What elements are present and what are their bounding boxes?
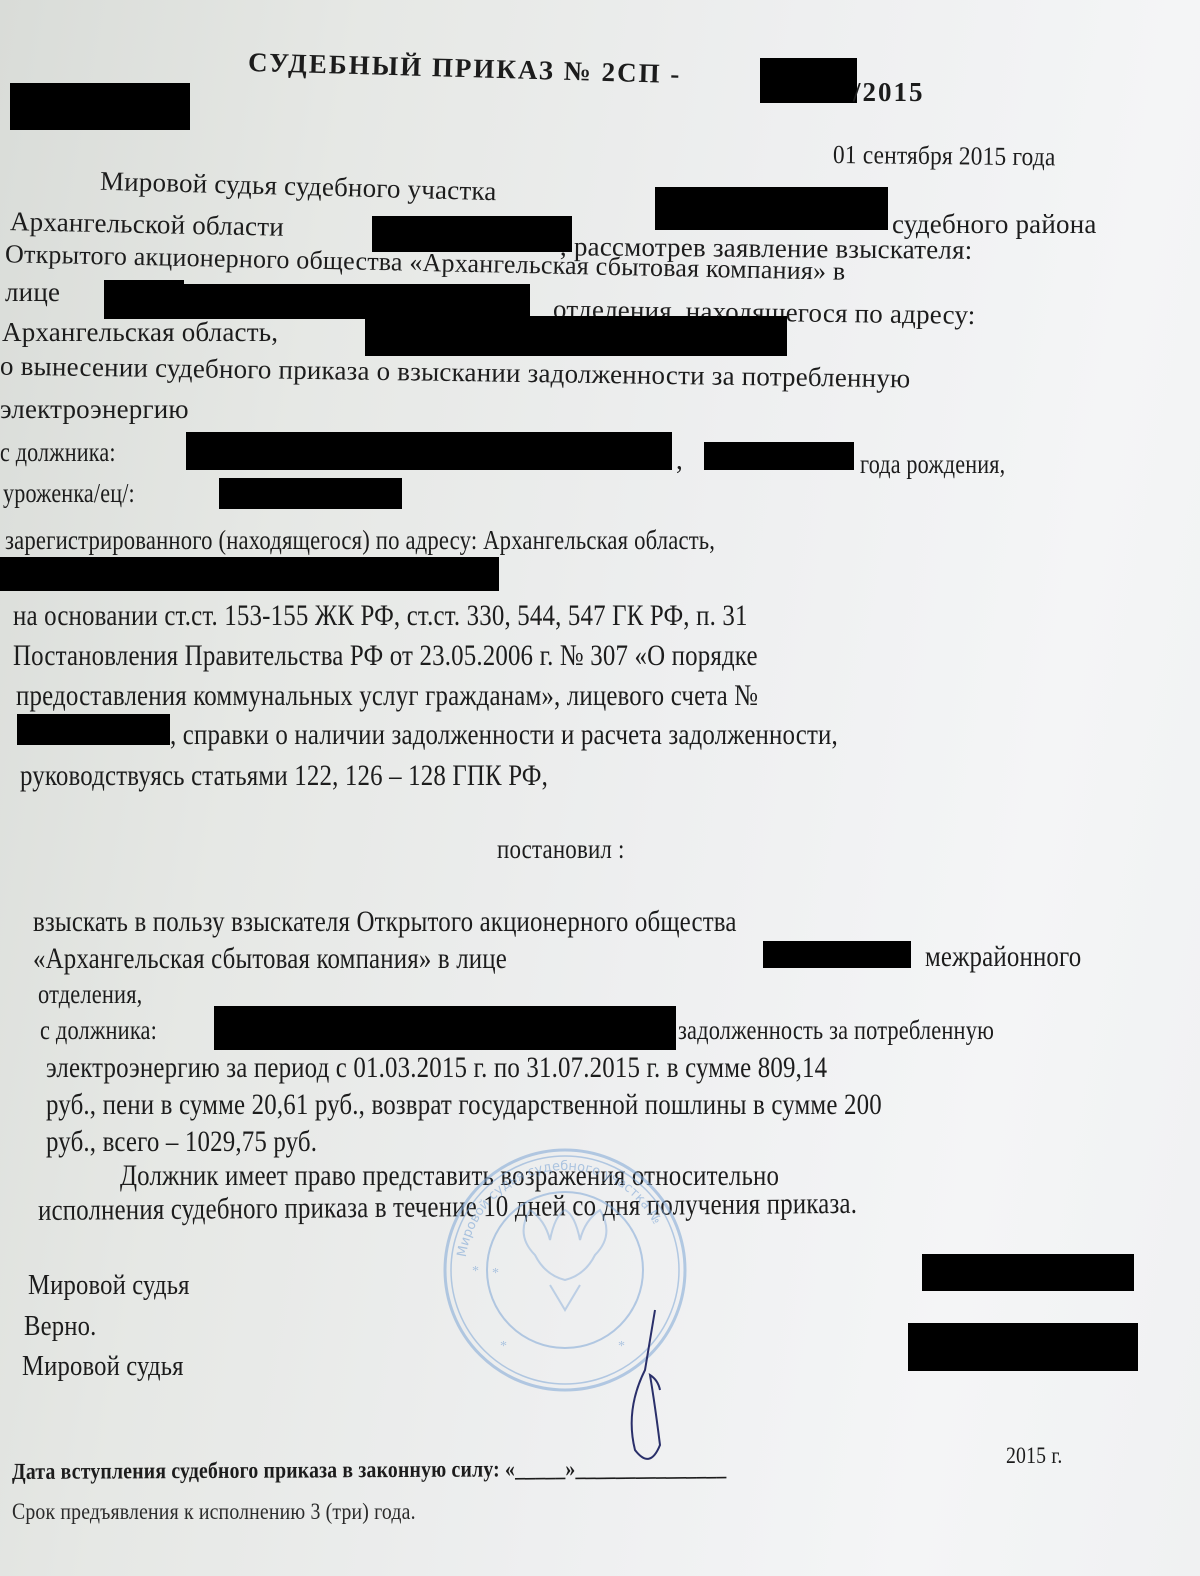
redaction-block bbox=[365, 316, 787, 356]
effective-date-year: 2015 г. bbox=[1006, 1440, 1063, 1472]
basis-line-5: руководствуясь статьями 122, 126 – 128 Г… bbox=[20, 760, 548, 792]
basis-line-1: на основании ст.ст. 153-155 ЖК РФ, ст.ст… bbox=[13, 600, 748, 632]
judge-name-redaction bbox=[922, 1254, 1134, 1291]
redaction-block bbox=[104, 280, 184, 290]
court-order-page: СУДЕБНЫЙ ПРИКАЗ № 2СП - /2015 01 сентябр… bbox=[0, 0, 1200, 1576]
basis-line-3: предоставления коммунальных услуг гражда… bbox=[16, 680, 758, 712]
address-redaction bbox=[0, 557, 499, 591]
ruling-line-2b: межрайонного bbox=[925, 941, 1081, 973]
ruling-line-3: отделения, bbox=[38, 978, 142, 1010]
ruling-line-1: взыскать в пользу взыскателя Открытого а… bbox=[33, 906, 737, 938]
ruling-line-7: руб., всего – 1029,75 руб. bbox=[46, 1126, 317, 1158]
branch-redaction bbox=[763, 941, 911, 968]
intro-line-4a: лице bbox=[5, 276, 60, 308]
document-title: СУДЕБНЫЙ ПРИКАЗ № 2СП - bbox=[248, 46, 682, 90]
intro-line-5: Архангельская область, bbox=[2, 316, 278, 348]
svg-text:*: * bbox=[472, 1264, 479, 1279]
case-number-redaction bbox=[760, 58, 857, 103]
debtor-line-1b: , bbox=[676, 444, 683, 476]
signature-label-1: Мировой судья bbox=[28, 1269, 190, 1301]
eagle-emblem-icon bbox=[524, 1210, 607, 1310]
document-date: 01 сентября 2015 года bbox=[833, 139, 1056, 173]
debtor-line-3: зарегистрированного (находящегося) по ад… bbox=[5, 524, 715, 556]
debtor-line-2: уроженка/ец/: bbox=[3, 477, 135, 509]
redaction-block bbox=[655, 187, 888, 230]
debtor-line-1c: года рождения, bbox=[860, 448, 1005, 480]
judge-name-redaction bbox=[908, 1323, 1138, 1371]
svg-text:*: * bbox=[500, 1339, 507, 1354]
ruling-line-4b: задолженность за потребленную bbox=[678, 1014, 994, 1046]
enforcement-term: Срок предъявления к исполнению 3 (три) г… bbox=[12, 1496, 416, 1528]
basis-line-2: Постановления Правительства РФ от 23.05.… bbox=[13, 640, 758, 672]
signature-label-2: Верно. bbox=[24, 1310, 96, 1342]
birth-date-redaction bbox=[704, 442, 854, 470]
title-prefix: СУДЕБНЫЙ ПРИКАЗ № 2СП - bbox=[248, 47, 682, 89]
intro-line-7: электроэнергию bbox=[0, 393, 189, 425]
debtor-line-1a: с должника: bbox=[0, 436, 116, 468]
ruling-line-5: электроэнергию за период с 01.03.2015 г.… bbox=[46, 1052, 827, 1084]
intro-line-1a: Мировой судья судебного участка bbox=[100, 165, 497, 207]
signature-label-3: Мировой судья bbox=[22, 1350, 184, 1382]
debtor-name-redaction bbox=[186, 432, 672, 470]
birthplace-redaction bbox=[219, 478, 402, 509]
ruling-line-4a: с должника: bbox=[40, 1014, 157, 1046]
intro-line-6: о вынесении судебного приказа о взыскани… bbox=[0, 350, 911, 395]
basis-line-4: , справки о наличии задолженности и расч… bbox=[170, 719, 838, 751]
account-number-redaction bbox=[17, 714, 170, 745]
svg-text:Мировой судья судебного участк: Мировой судья судебного участка № bbox=[455, 1159, 664, 1258]
title-suffix: /2015 bbox=[853, 76, 925, 108]
svg-text:*: * bbox=[492, 1266, 499, 1281]
effective-date-label: Дата вступления судебного приказа в зако… bbox=[12, 1452, 727, 1488]
ruling-line-2a: «Архангельская сбытовая компания» в лице bbox=[33, 943, 507, 975]
intro-line-2a: Архангельской области bbox=[10, 205, 285, 243]
debtor-name-redaction bbox=[214, 1006, 676, 1050]
ruling-line-6: руб., пени в сумме 20,61 руб., возврат г… bbox=[46, 1089, 882, 1121]
redaction-block bbox=[10, 83, 190, 130]
ruling-heading: постановил : bbox=[497, 833, 625, 865]
